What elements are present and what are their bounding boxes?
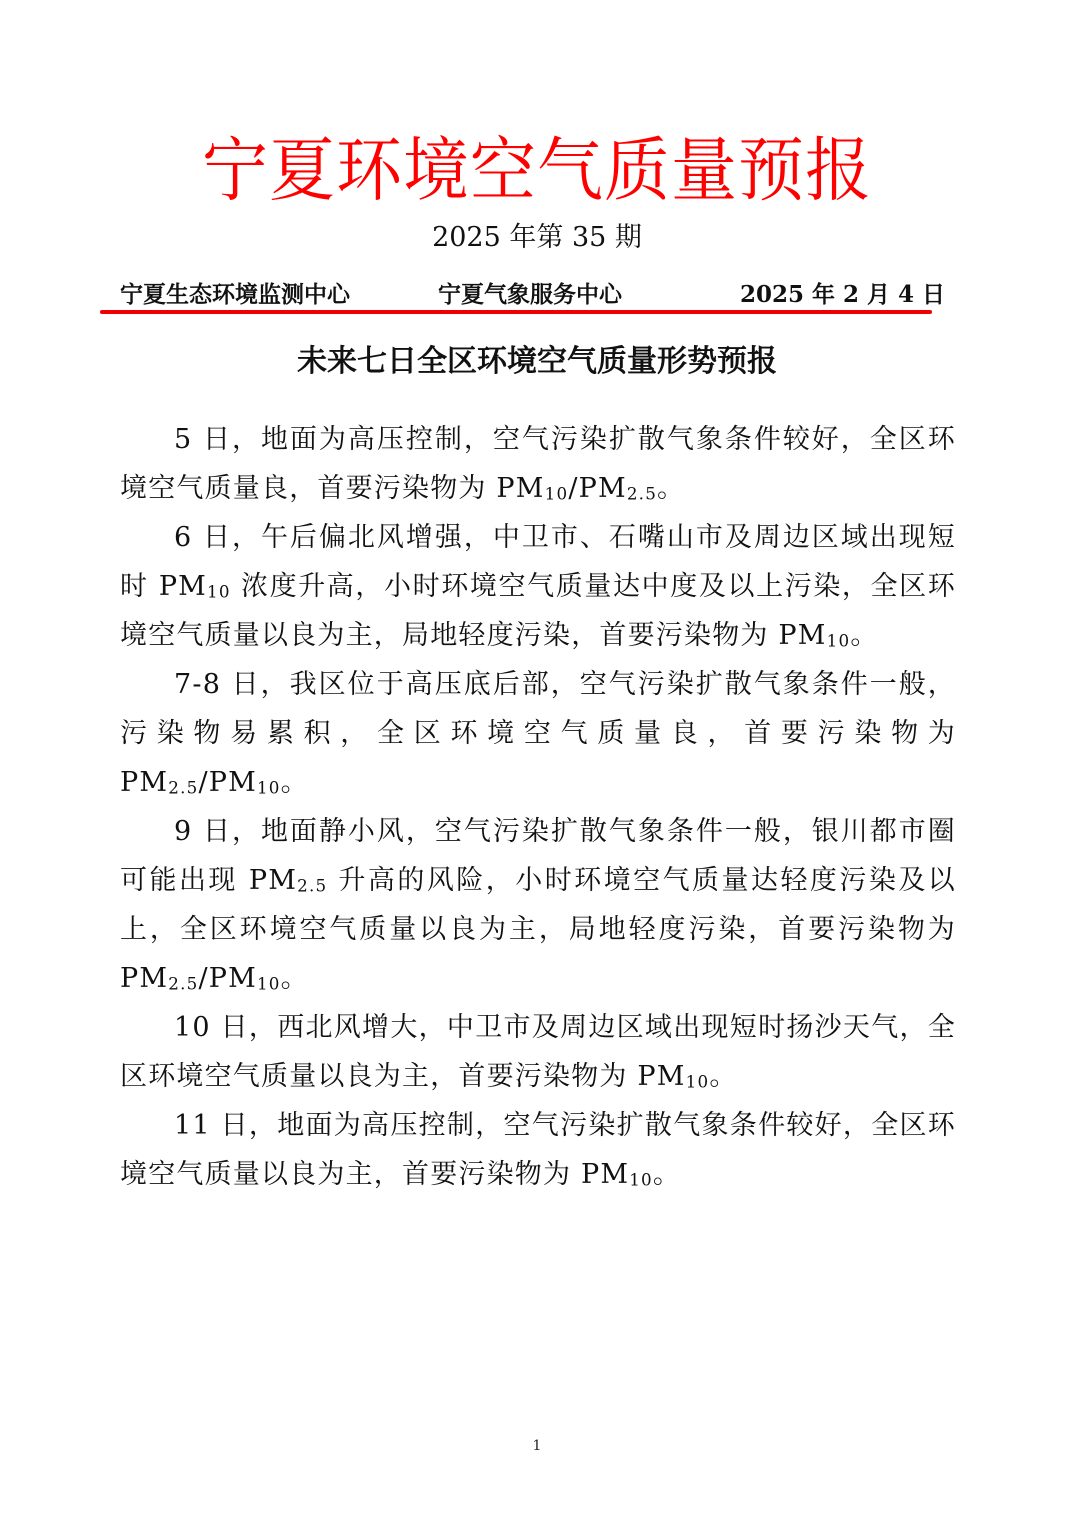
section-title: 未来七日全区环境空气质量形势预报 xyxy=(0,338,1074,386)
issuer-line: 宁夏生态环境监测中心 宁夏气象服务中心 2025 年 2 月 4 日 xyxy=(120,278,930,314)
forecast-paragraph-day-9: 9 日，地面静小风，空气污染扩散气象条件一般，银川都市圈可能出现 PM2.5 升… xyxy=(120,807,956,1003)
forecast-paragraph-day-11: 11 日，地面为高压控制，空气污染扩散气象条件较好，全区环境空气质量以良为主，首… xyxy=(120,1101,956,1199)
forecast-body: 5 日，地面为高压控制，空气污染扩散气象条件较好，全区环境空气质量良，首要污染物… xyxy=(120,415,956,1199)
issuer-meteorological-center: 宁夏气象服务中心 xyxy=(438,278,622,312)
red-divider-rule xyxy=(100,310,932,314)
forecast-paragraph-day-6: 6 日，午后偏北风增强，中卫市、石嘴山市及周边区域出现短时 PM10 浓度升高，… xyxy=(120,513,956,660)
issuer-environment-center: 宁夏生态环境监测中心 xyxy=(120,278,350,312)
document-page: 宁夏环境空气质量预报 2025 年第 35 期 宁夏生态环境监测中心 宁夏气象服… xyxy=(0,0,1074,1520)
forecast-paragraph-day-5: 5 日，地面为高压控制，空气污染扩散气象条件较好，全区环境空气质量良，首要污染物… xyxy=(120,415,956,513)
masthead-title: 宁夏环境空气质量预报 xyxy=(0,124,1074,219)
issue-date: 2025 年 2 月 4 日 xyxy=(740,278,945,312)
forecast-paragraph-day-7-8: 7-8 日，我区位于高压底后部，空气污染扩散气象条件一般，污染物易累积，全区环境… xyxy=(120,660,956,807)
forecast-paragraph-day-10: 10 日，西北风增大，中卫市及周边区域出现短时扬沙天气，全区环境空气质量以良为主… xyxy=(120,1003,956,1101)
page-number: 1 xyxy=(0,1436,1074,1456)
issue-number: 2025 年第 35 期 xyxy=(0,218,1074,258)
